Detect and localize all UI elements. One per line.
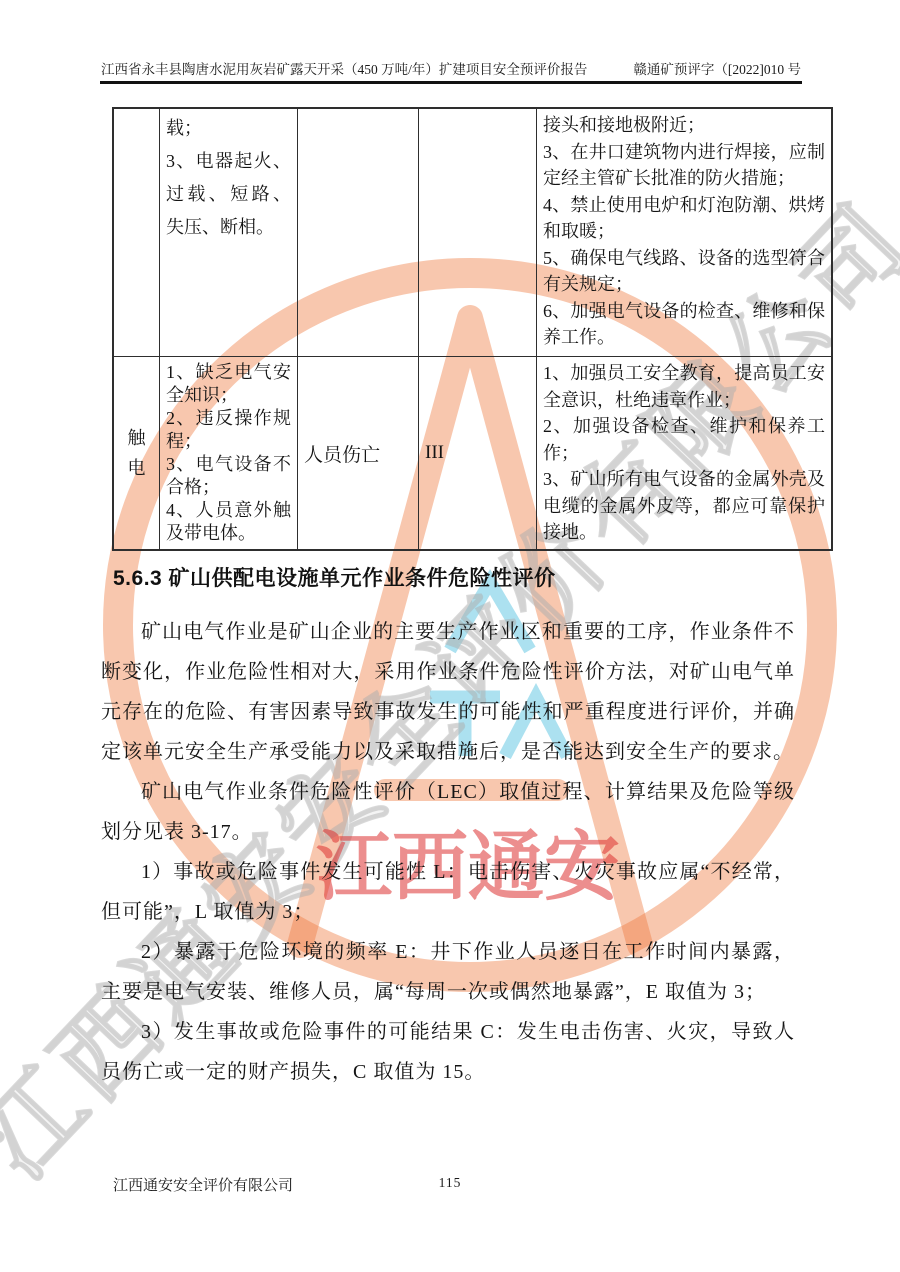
measure-item: 5、确保电气线路、设备的选型符合有关规定； bbox=[543, 245, 825, 298]
header-report-title: 江西省永丰县陶唐水泥用灰岩矿露天开采（450 万吨/年）扩建项目安全预评价报告 bbox=[101, 58, 587, 78]
paragraph: 矿山电气作业条件危险性评价（LEC）取值过程、计算结果及危险等级划分见表 3-1… bbox=[101, 772, 795, 852]
measure-item: 4、禁止使用电炉和灯泡防潮、烘烤和取暖； bbox=[543, 192, 825, 245]
section-heading: 5.6.3 矿山供配电设施单元作业条件危险性评价 bbox=[113, 562, 556, 592]
cell-hazard: 触电 bbox=[113, 357, 160, 551]
page-content: 江西省永丰县陶唐水泥用灰岩矿露天开采（450 万吨/年）扩建项目安全预评价报告 … bbox=[0, 0, 900, 1272]
hazard-table-wrap: 载； 3、电器起火、过载、短路、失压、断相。 接头和接地极附近； 3、在井口建筑… bbox=[112, 107, 833, 551]
paragraph: 3）发生事故或危险事件的可能结果 C：发生电击伤害、火灾，导致人员伤亡或一定的财… bbox=[101, 1012, 795, 1092]
header-doc-number: 赣通矿预评字（[2022]010 号 bbox=[633, 58, 801, 78]
paragraph: 2）暴露于危险环境的频率 E：井下作业人员逐日在工作时间内暴露，主要是电气安装、… bbox=[101, 932, 795, 1012]
cell-level-empty bbox=[419, 108, 537, 357]
measure-item: 接头和接地极附近； bbox=[543, 112, 825, 139]
cell-causes: 载； 3、电器起火、过载、短路、失压、断相。 bbox=[160, 108, 298, 357]
body-text: 矿山电气作业是矿山企业的主要生产作业区和重要的工序，作业条件不断变化，作业危险性… bbox=[101, 612, 795, 1092]
paragraph: 矿山电气作业是矿山企业的主要生产作业区和重要的工序，作业条件不断变化，作业危险性… bbox=[101, 612, 795, 772]
causes-item: 1、缺乏电气安全知识； bbox=[166, 361, 291, 407]
table-row: 触电 1、缺乏电气安全知识； 2、违反操作规程； 3、电气设备不合格； 4、人员… bbox=[113, 357, 832, 551]
table-row: 载； 3、电器起火、过载、短路、失压、断相。 接头和接地极附近； 3、在井口建筑… bbox=[113, 108, 832, 357]
cell-consequence-empty bbox=[298, 108, 419, 357]
cell-measures: 1、加强员工安全教育，提高员工安全意识，杜绝违章作业； 2、加强设备检查、维护和… bbox=[537, 357, 833, 551]
causes-item: 3、电器起火、过载、短路、失压、断相。 bbox=[166, 145, 291, 244]
header-rule bbox=[100, 81, 802, 84]
cell-consequence: 人员伤亡 bbox=[298, 357, 419, 551]
paragraph: 1）事故或危险事件发生可能性 L：电击伤害、火灾事故应属“不经常，但可能”，L … bbox=[101, 852, 795, 932]
hazard-table: 载； 3、电器起火、过载、短路、失压、断相。 接头和接地极附近； 3、在井口建筑… bbox=[112, 107, 833, 551]
causes-item: 4、人员意外触及带电体。 bbox=[166, 499, 291, 545]
cell-causes: 1、缺乏电气安全知识； 2、违反操作规程； 3、电气设备不合格； 4、人员意外触… bbox=[160, 357, 298, 551]
cell-hazard-empty bbox=[113, 108, 160, 357]
measure-item: 2、加强设备检查、维护和保养工作； bbox=[543, 413, 825, 466]
measure-item: 6、加强电气设备的检查、维修和保养工作。 bbox=[543, 298, 825, 351]
document-page: 江西通安安全评价有限公司 江西通安 江西省永丰县陶唐水泥用灰岩矿露天开采（450… bbox=[0, 0, 900, 1272]
causes-item: 载； bbox=[166, 112, 291, 145]
page-number: 115 bbox=[0, 1175, 900, 1191]
cell-level: III bbox=[419, 357, 537, 551]
causes-item: 2、违反操作规程； bbox=[166, 407, 291, 453]
cell-measures: 接头和接地极附近； 3、在井口建筑物内进行焊接，应制定经主管矿长批准的防火措施；… bbox=[537, 108, 833, 357]
causes-item: 3、电气设备不合格； bbox=[166, 453, 291, 499]
measure-item: 1、加强员工安全教育，提高员工安全意识，杜绝违章作业； bbox=[543, 360, 825, 413]
measure-item: 3、矿山所有电气设备的金属外壳及电缆的金属外皮等，都应可靠保护接地。 bbox=[543, 466, 825, 546]
measure-item: 3、在井口建筑物内进行焊接，应制定经主管矿长批准的防火措施； bbox=[543, 139, 825, 192]
